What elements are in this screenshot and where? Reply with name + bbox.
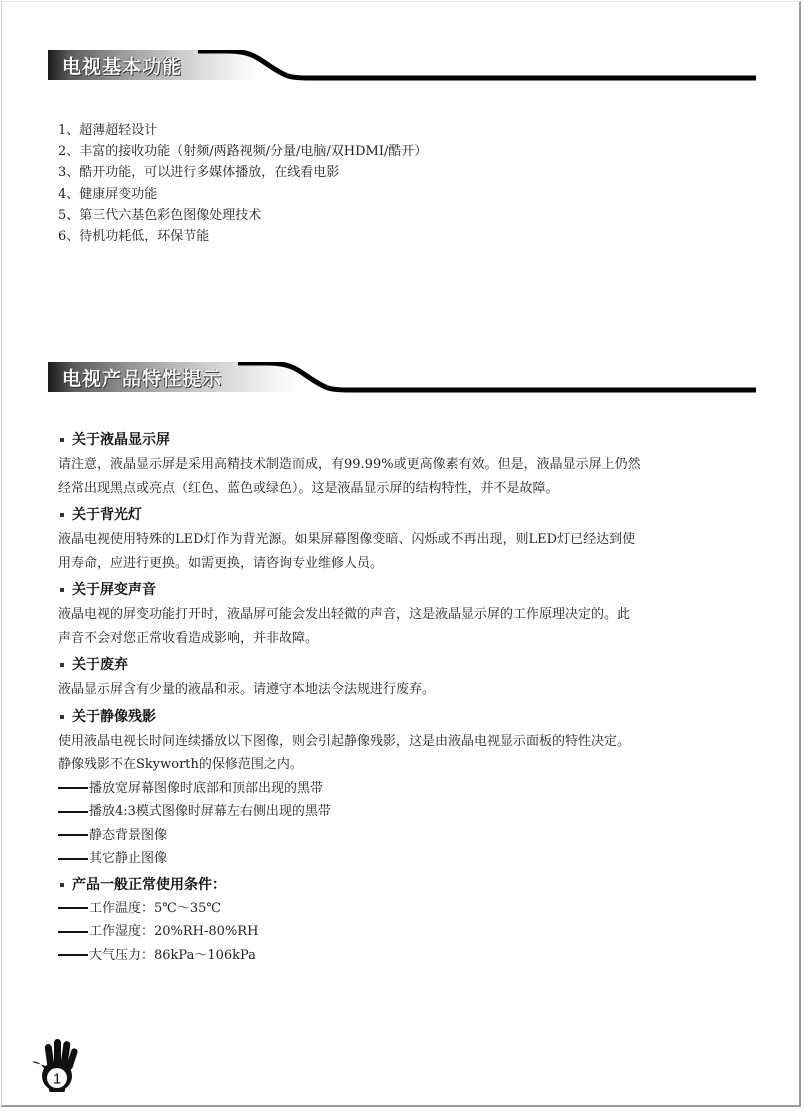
dash-icon [58,811,88,813]
paragraph-disposal: 液晶显示屏含有少量的液晶和汞。请遵守本地法令法规进行废弃。 [58,678,758,702]
section-header-basic-functions: 电视基本功能 [48,50,758,82]
dash-icon [58,858,88,860]
dash-item: 播放宽屏幕图像时底部和顶部出现的黑带 [58,777,758,801]
dash-item: 静态背景图像 [58,824,758,848]
subheading-screen-sound: 关于屏变声音 [58,578,758,602]
feature-item: 5、第三代六基色彩色图像处理技术 [58,205,427,226]
feature-item: 3、酷开功能，可以进行多媒体播放，在线看电影 [58,162,427,183]
dash-icon [58,787,88,789]
dash-icon [58,907,88,909]
subheading-lcd: 关于液晶显示屏 [58,428,758,452]
bullet-icon [60,715,64,719]
bullet-icon [60,513,64,517]
paragraph-backlight: 液晶电视使用特殊的LED灯作为背光源。如果屏幕图像变暗、闪烁或不再出现，则LED… [58,528,758,575]
feature-item: 6、待机功耗低，环保节能 [58,226,427,247]
section-header-product-notes: 电视产品特性提示 [48,362,758,394]
bullet-icon [60,588,64,592]
paragraph-image-retention: 使用液晶电视长时间连续播放以下图像，则会引起静像残影，这是由液晶电视显示面板的特… [58,730,758,777]
page-number: 1 [53,1071,61,1088]
subheading-backlight: 关于背光灯 [58,503,758,527]
feature-item: 1、超薄超轻设计 [58,120,427,141]
bullet-icon [60,883,64,887]
hand-icon: 1 [30,1036,86,1096]
page-number-badge: 1 [30,1036,86,1096]
dash-item: 其它静止图像 [58,847,758,871]
feature-list: 1、超薄超轻设计 2、丰富的接收功能（射频/两路视频/分量/电脑/双HDMI/酷… [58,120,427,247]
dash-icon [58,954,88,956]
dash-icon [58,834,88,836]
bullet-icon [60,663,64,667]
paragraph-lcd: 请注意，液晶显示屏是采用高精技术制造而成，有99.99%或更高像素有效。但是，液… [58,453,758,500]
feature-item: 4、健康屏变功能 [58,184,427,205]
feature-item: 2、丰富的接收功能（射频/两路视频/分量/电脑/双HDMI/酷开） [58,141,427,162]
dash-item: 工作湿度：20%RH-80%RH [58,920,758,944]
bullet-icon [60,438,64,442]
dash-item: 工作温度：5℃～35℃ [58,897,758,921]
product-notes-content: 关于液晶显示屏 请注意，液晶显示屏是采用高精技术制造而成，有99.99%或更高像… [58,428,758,967]
dash-item: 大气压力：86kPa～106kPa [58,944,758,968]
paragraph-screen-sound: 液晶电视的屏变功能打开时，液晶屏可能会发出轻微的声音，这是液晶显示屏的工作原理决… [58,603,758,650]
subheading-operating-conditions: 产品一般正常使用条件： [58,873,758,897]
dash-icon [58,931,88,933]
section-title: 电视基本功能 [62,52,182,79]
subheading-image-retention: 关于静像残影 [58,705,758,729]
subheading-disposal: 关于废弃 [58,653,758,677]
section-title: 电视产品特性提示 [62,364,222,391]
dash-item: 播放4:3模式图像时屏幕左右侧出现的黑带 [58,800,758,824]
